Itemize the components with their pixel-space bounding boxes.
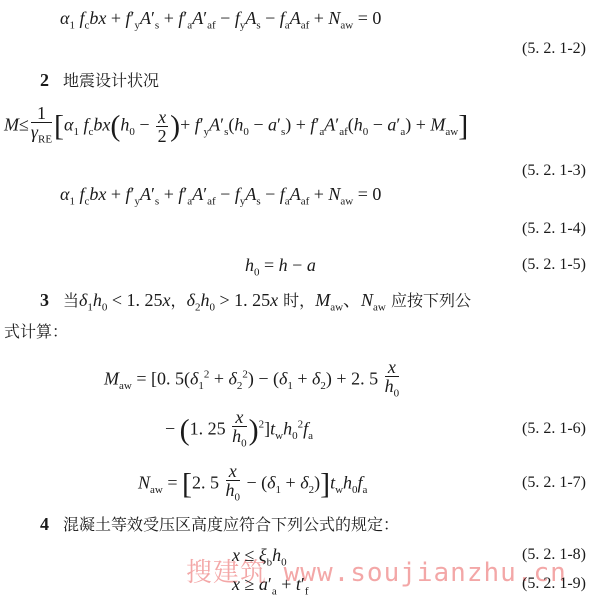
section-number: 3 bbox=[40, 290, 49, 310]
variables: Maw、Naw bbox=[315, 290, 386, 310]
separator: ， bbox=[171, 291, 187, 310]
equation-5-2-1-5: h0 = h − a bbox=[245, 255, 316, 283]
text: 当 bbox=[63, 291, 79, 310]
equation-number: (5. 2. 1-6) bbox=[522, 420, 586, 438]
section-text: 混凝土等效受压区高度应符合下列公式的规定： bbox=[63, 515, 399, 534]
equation-number: (5. 2. 1-3) bbox=[522, 162, 586, 180]
text: 应按下列公 bbox=[386, 291, 471, 310]
section-number: 2 bbox=[40, 70, 49, 90]
condition-1: δ1h0 < 1. 25x bbox=[79, 290, 171, 310]
equation-5-2-1-2: α1 fcbx + f′yA′s + f′aA′af − fyAs − faAa… bbox=[60, 8, 381, 36]
equation-5-2-1-7: Naw = [2. 5 xh0 − (δ1 + δ2)]twh0fa bbox=[138, 462, 367, 507]
equation-5-2-1-6-line2: − (1. 25 xh0)2]twh02fa bbox=[165, 408, 313, 453]
section-3-line2: 式计算： bbox=[4, 322, 68, 342]
section-2-heading: 2地震设计状况 bbox=[40, 70, 159, 91]
equation-number: (5. 2. 1-4) bbox=[522, 220, 586, 238]
condition-2: δ2h0 > 1. 25x bbox=[187, 290, 279, 310]
equation-number: (5. 2. 1-7) bbox=[522, 474, 586, 492]
text: 时， bbox=[278, 291, 315, 310]
equation-number: (5. 2. 1-5) bbox=[522, 256, 586, 274]
section-4-heading: 4混凝土等效受压区高度应符合下列公式的规定： bbox=[40, 514, 399, 535]
equation-number: (5. 2. 1-8) bbox=[522, 546, 586, 564]
equation-5-2-1-3: M≤1γRE[α1 fcbx(h0 − x2)+ f′yA′s(h0 − a′s… bbox=[4, 104, 468, 149]
equation-5-2-1-8: x ≤ ξbh0 bbox=[232, 545, 287, 573]
equation-number: (5. 2. 1-9) bbox=[522, 575, 586, 593]
equation-5-2-1-6-line1: Maw = [0. 5(δ12 + δ22) − (δ1 + δ2) + 2. … bbox=[104, 358, 401, 403]
section-title: 地震设计状况 bbox=[63, 71, 159, 90]
section-3-paragraph: 3当δ1h0 < 1. 25x，δ2h0 > 1. 25x 时，Maw、Naw … bbox=[40, 290, 471, 318]
section-number: 4 bbox=[40, 514, 49, 534]
equation-5-2-1-9: x ≥ a′a + t′f bbox=[232, 574, 309, 600]
equation-number: (5. 2. 1-2) bbox=[522, 40, 586, 58]
equation-5-2-1-4: α1 fcbx + f′yA′s + f′aA′af − fyAs − faAa… bbox=[60, 184, 381, 212]
